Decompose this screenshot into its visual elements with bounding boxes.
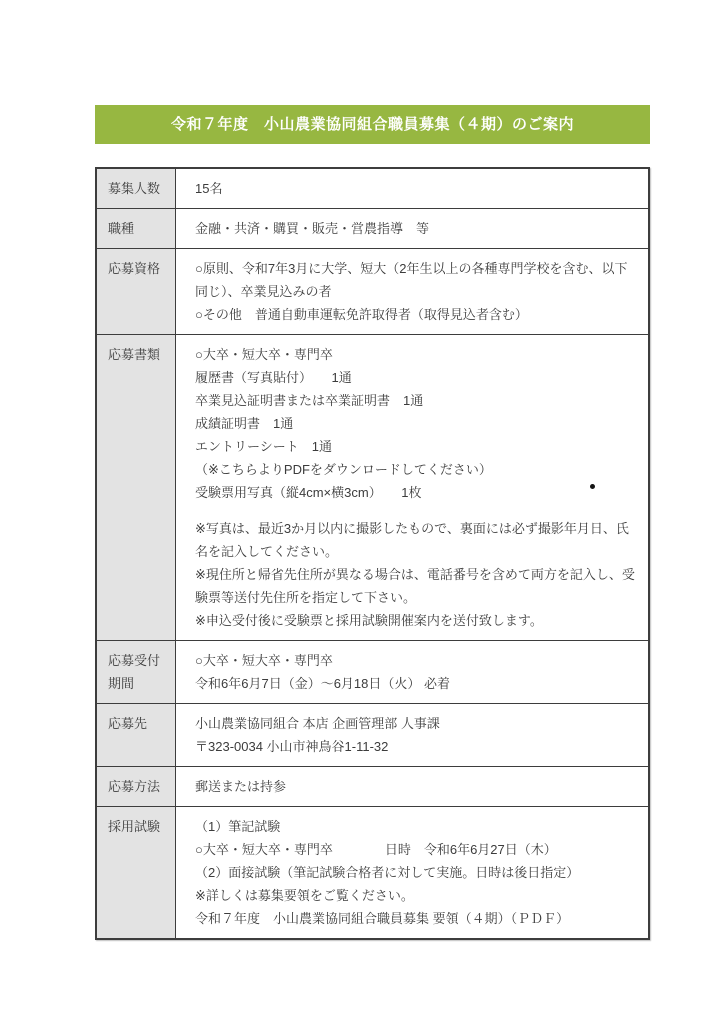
page-title: 令和７年度 小山農業協同組合職員募集（４期）のご案内 xyxy=(95,105,650,144)
table-row: 応募先小山農業協同組合 本店 企画管理部 人事課〒323-0034 小山市神鳥谷… xyxy=(97,703,648,766)
text-line: 令和７年度 小山農業協同組合職員募集 要領（４期）（ＰＤＦ） xyxy=(195,907,640,930)
row-label-line: 応募方法 xyxy=(108,775,171,798)
recruitment-notice: 令和７年度 小山農業協同組合職員募集（４期）のご案内 募集人数15名職種金融・共… xyxy=(95,105,650,940)
text-line: 郵送または持参 xyxy=(195,775,640,798)
row-label-line: 募集人数 xyxy=(108,177,171,200)
row-content: ○大卒・短大卒・専門卒履歴書（写真貼付） 1通卒業見込証明書または卒業証明書 1… xyxy=(176,335,648,640)
text-line: ○大卒・短大卒・専門卒 日時 令和6年6月27日（木） xyxy=(195,838,640,861)
text-line: ※詳しくは募集要領をご覧ください。 xyxy=(195,884,640,907)
text-line xyxy=(195,504,640,517)
text-line: ○その他 普通自動車運転免許取得者（取得見込者含む） xyxy=(195,303,640,326)
text-line: 〒323-0034 小山市神鳥谷1-11-32 xyxy=(195,735,640,758)
table-row: 応募書類○大卒・短大卒・専門卒履歴書（写真貼付） 1通卒業見込証明書または卒業証… xyxy=(97,334,648,640)
table-row: 職種金融・共済・購買・販売・営農指導 等 xyxy=(97,208,648,248)
row-content: 小山農業協同組合 本店 企画管理部 人事課〒323-0034 小山市神鳥谷1-1… xyxy=(176,704,648,766)
table-row: 募集人数15名 xyxy=(97,169,648,208)
row-label: 採用試験 xyxy=(97,807,176,938)
row-label: 応募先 xyxy=(97,704,176,766)
text-line: ○原則、令和7年3月に大学、短大（2年生以上の各種専門学校を含む、以下 xyxy=(195,257,640,280)
text-line: 験票等送付先住所を指定して下さい。 xyxy=(195,586,640,609)
text-line: ○大卒・短大卒・専門卒 xyxy=(195,343,640,366)
row-content: （1）筆記試験○大卒・短大卒・専門卒 日時 令和6年6月27日（木）（2）面接試… xyxy=(176,807,648,938)
recruitment-table: 募集人数15名職種金融・共済・購買・販売・営農指導 等応募資格○原則、令和7年3… xyxy=(95,167,650,940)
text-line: ※写真は、最近3か月以内に撮影したもので、裏面には必ず撮影年月日、氏 xyxy=(195,517,640,540)
row-label: 応募受付期間 xyxy=(97,641,176,703)
row-label-line: 応募資格 xyxy=(108,257,171,280)
text-line: 15名 xyxy=(195,177,640,200)
text-line: ○大卒・短大卒・専門卒 xyxy=(195,649,640,672)
text-line: 受験票用写真（縦4cm×横3cm） 1枚 xyxy=(195,481,640,504)
table-row: 応募受付期間○大卒・短大卒・専門卒令和6年6月7日（金）～6月18日（火） 必着 xyxy=(97,640,648,703)
row-content: 15名 xyxy=(176,169,648,208)
text-line: 同じ）、卒業見込みの者 xyxy=(195,280,640,303)
row-label-line: 採用試験 xyxy=(108,815,171,838)
text-line: ※現住所と帰省先住所が異なる場合は、電話番号を含めて両方を記入し、受 xyxy=(195,563,640,586)
text-line: （※こちらよりPDFをダウンロードしてください） xyxy=(195,458,640,481)
text-line: エントリーシート 1通 xyxy=(195,435,640,458)
text-line: ※申込受付後に受験票と採用試験開催案内を送付致します。 xyxy=(195,609,640,632)
text-line: （1）筆記試験 xyxy=(195,815,640,838)
text-line: 名を記入してください。 xyxy=(195,540,640,563)
text-line: 令和6年6月7日（金）～6月18日（火） 必着 xyxy=(195,672,640,695)
row-label-line: 職種 xyxy=(108,217,171,240)
row-content: 郵送または持参 xyxy=(176,767,648,806)
table-row: 応募方法郵送または持参 xyxy=(97,766,648,806)
table-row: 応募資格○原則、令和7年3月に大学、短大（2年生以上の各種専門学校を含む、以下同… xyxy=(97,248,648,334)
row-label: 応募資格 xyxy=(97,249,176,334)
text-line: （2）面接試験（筆記試験合格者に対して実施。日時は後日指定） xyxy=(195,861,640,884)
text-line: 卒業見込証明書または卒業証明書 1通 xyxy=(195,389,640,412)
table-row: 採用試験（1）筆記試験○大卒・短大卒・専門卒 日時 令和6年6月27日（木）（2… xyxy=(97,806,648,938)
row-label-line: 応募受付 xyxy=(108,649,171,672)
text-line: 履歴書（写真貼付） 1通 xyxy=(195,366,640,389)
row-label-line: 応募書類 xyxy=(108,343,171,366)
stray-dot-icon xyxy=(590,484,595,489)
text-line: 成績証明書 1通 xyxy=(195,412,640,435)
row-label: 職種 xyxy=(97,209,176,248)
row-content: ○原則、令和7年3月に大学、短大（2年生以上の各種専門学校を含む、以下同じ）、卒… xyxy=(176,249,648,334)
text-line: 小山農業協同組合 本店 企画管理部 人事課 xyxy=(195,712,640,735)
row-label: 募集人数 xyxy=(97,169,176,208)
row-label: 応募書類 xyxy=(97,335,176,640)
row-content: 金融・共済・購買・販売・営農指導 等 xyxy=(176,209,648,248)
row-label-line: 期間 xyxy=(108,672,171,695)
row-content: ○大卒・短大卒・専門卒令和6年6月7日（金）～6月18日（火） 必着 xyxy=(176,641,648,703)
row-label-line: 応募先 xyxy=(108,712,171,735)
text-line: 金融・共済・購買・販売・営農指導 等 xyxy=(195,217,640,240)
row-label: 応募方法 xyxy=(97,767,176,806)
